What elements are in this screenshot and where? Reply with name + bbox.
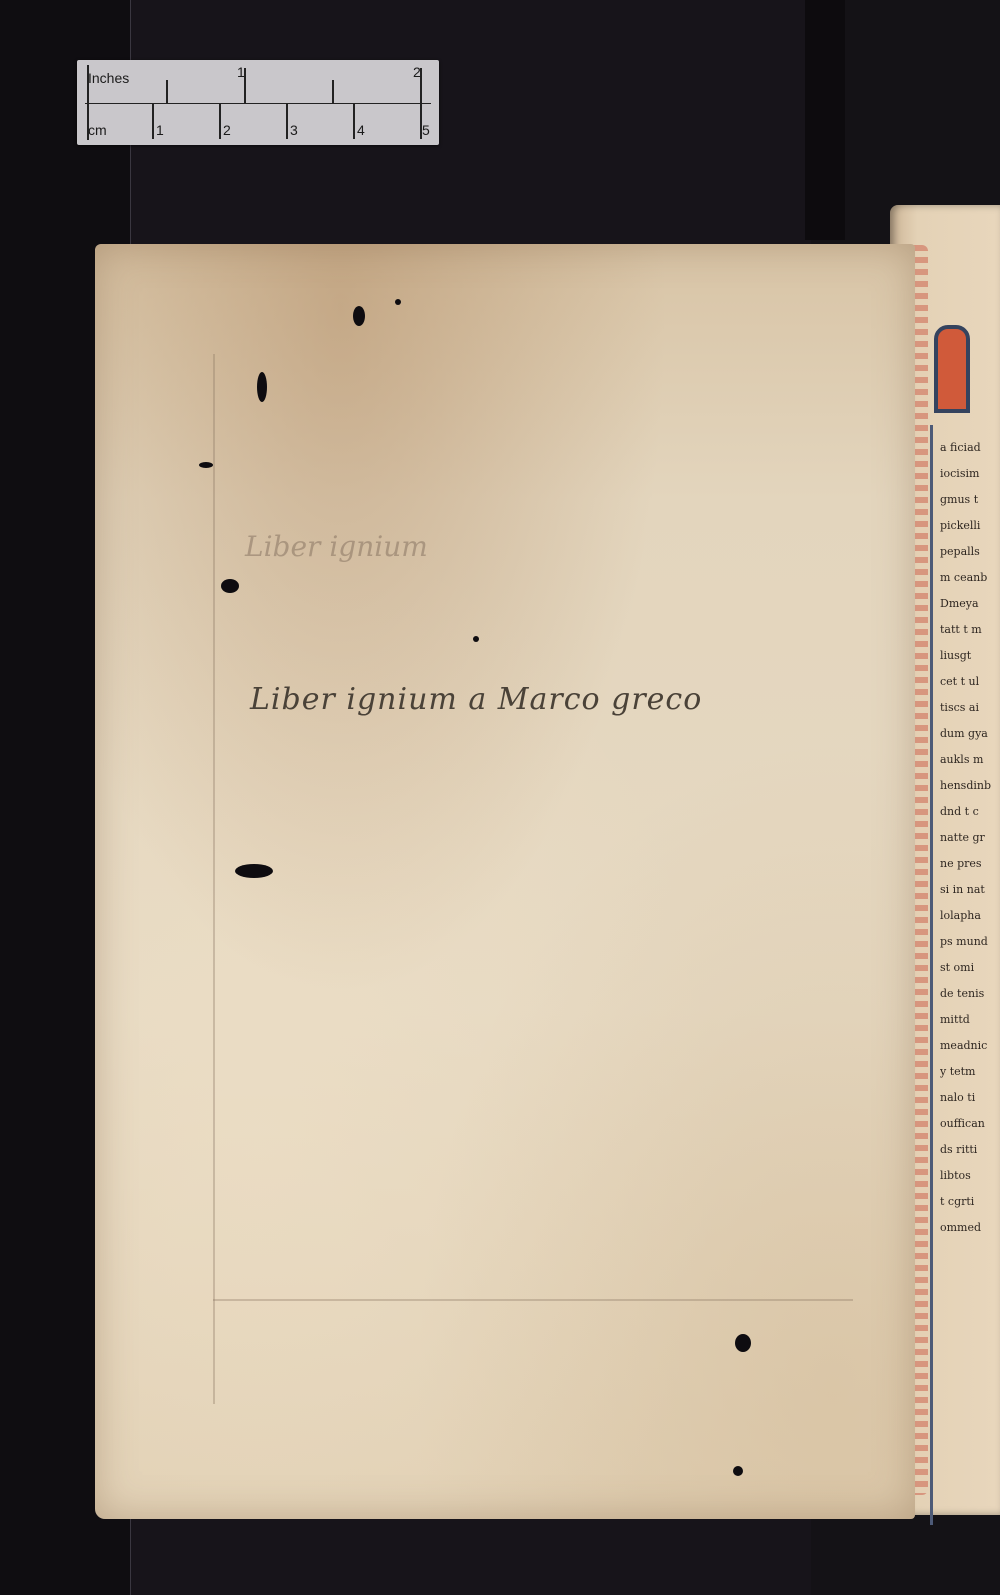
- scale-tick: [166, 80, 168, 104]
- facing-page-text: a ficiad iocisim gmus t pickelli pepalls…: [940, 435, 998, 1241]
- text-line: t cgrti: [940, 1189, 998, 1215]
- scale-tick: [244, 68, 246, 104]
- text-line: lolapha: [940, 903, 998, 929]
- text-line: de tenis: [940, 981, 998, 1007]
- text-line: st omi: [940, 955, 998, 981]
- cm-number-1: 1: [156, 122, 164, 138]
- text-line: gmus t: [940, 487, 998, 513]
- text-line: dnd t c: [940, 799, 998, 825]
- cm-number-2: 2: [223, 122, 231, 138]
- ink-hole: [733, 1466, 743, 1476]
- scale-tick: [152, 104, 154, 139]
- text-line: ouffican: [940, 1111, 998, 1137]
- text-line: meadnic: [940, 1033, 998, 1059]
- ink-hole: [353, 306, 365, 326]
- ink-hole: [221, 579, 239, 593]
- manuscript-leaf: [95, 244, 915, 1519]
- text-line: liusgt: [940, 643, 998, 669]
- ink-hole: [395, 299, 401, 305]
- cm-number-3: 3: [290, 122, 298, 138]
- scale-tick: [219, 104, 221, 139]
- faded-inscription: Liber ignium: [245, 530, 428, 563]
- binding-spine: [805, 0, 845, 240]
- text-line: pickelli: [940, 513, 998, 539]
- cm-label: cm: [88, 122, 107, 138]
- ruling-line-bottom: [213, 1299, 853, 1301]
- text-line: cet t ul: [940, 669, 998, 695]
- scale-axis: [85, 103, 431, 104]
- measurement-scale: Inches 1 2 cm 1 2 3 4 5: [77, 60, 439, 145]
- text-line: y tetm: [940, 1059, 998, 1085]
- text-line: mittd: [940, 1007, 998, 1033]
- illuminated-initial: [934, 325, 970, 413]
- ink-hole: [735, 1334, 751, 1352]
- text-line: si in nat: [940, 877, 998, 903]
- scale-tick: [332, 80, 334, 104]
- scale-tick: [420, 68, 422, 104]
- text-line: pepalls: [940, 539, 998, 565]
- text-line: libtos: [940, 1163, 998, 1189]
- inches-label: Inches: [88, 70, 129, 86]
- ink-hole: [257, 372, 267, 402]
- cm-number-5: 5: [422, 122, 430, 138]
- text-line: aukls m: [940, 747, 998, 773]
- blue-border-line: [930, 425, 933, 1525]
- ink-hole: [235, 864, 273, 878]
- text-line: tatt t m: [940, 617, 998, 643]
- text-line: natte gr: [940, 825, 998, 851]
- ink-hole: [199, 462, 213, 468]
- text-line: nalo ti: [940, 1085, 998, 1111]
- text-line: tiscs ai: [940, 695, 998, 721]
- text-line: a ficiad: [940, 435, 998, 461]
- text-line: ds ritti: [940, 1137, 998, 1163]
- text-line: dum gya: [940, 721, 998, 747]
- text-line: ne pres: [940, 851, 998, 877]
- text-line: m ceanb: [940, 565, 998, 591]
- scale-tick: [286, 104, 288, 139]
- text-line: ps mund: [940, 929, 998, 955]
- ruling-line-left: [213, 354, 215, 1404]
- scale-tick: [353, 104, 355, 139]
- text-line: ommed: [940, 1215, 998, 1241]
- text-line: Dmeya: [940, 591, 998, 617]
- cm-number-4: 4: [357, 122, 365, 138]
- title-inscription: Liber ignium a Marco greco: [250, 682, 702, 717]
- ink-hole: [473, 636, 479, 642]
- text-line: iocisim: [940, 461, 998, 487]
- text-line: hensdinb: [940, 773, 998, 799]
